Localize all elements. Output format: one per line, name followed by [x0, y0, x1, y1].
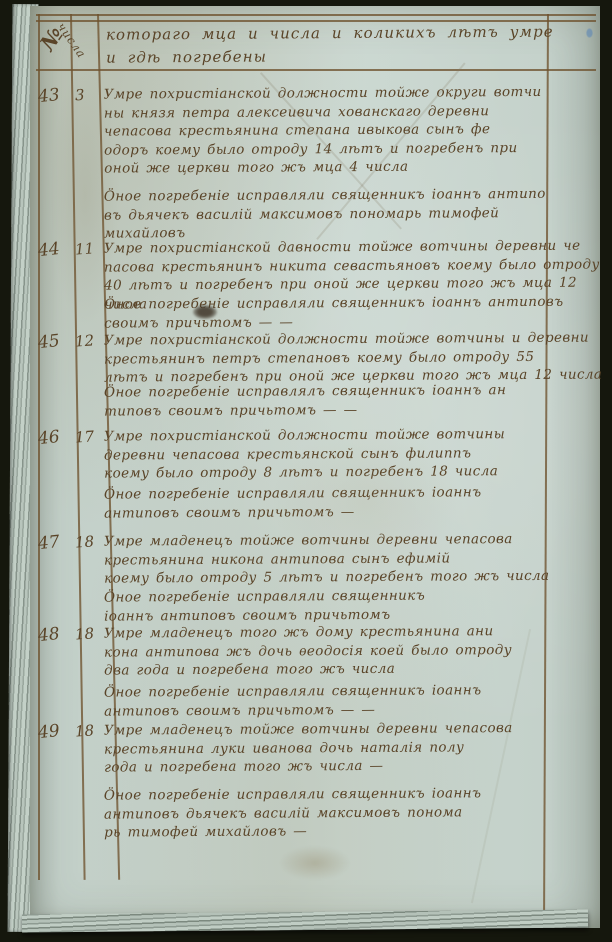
- book-page-edges-bottom: [22, 910, 588, 933]
- rule-top-outer: [36, 14, 596, 16]
- entry-number: 48: [37, 624, 61, 646]
- entry-day-number: 11: [74, 239, 94, 258]
- entry-day-number: 12: [74, 331, 94, 350]
- entry-day-number: 18: [74, 721, 94, 740]
- manuscript-scan: № числа котораго мца и числа и коликихъ …: [0, 0, 612, 942]
- entry-day-number: 3: [74, 86, 85, 105]
- entry-number: 46: [37, 427, 61, 449]
- entry-record-text: Умре похристіанской должности тойже окру…: [104, 82, 612, 178]
- rule-vertical-col1: [70, 14, 85, 880]
- manuscript-page: № числа котораго мца и числа и коликихъ …: [30, 6, 600, 928]
- entry-number: 43: [37, 85, 61, 107]
- entry-number: 44: [37, 239, 61, 261]
- entry-record-text: Умре младенецъ того жъ дому крестьянина …: [104, 621, 612, 680]
- entry-day-number: 18: [74, 532, 94, 551]
- entry-burial-note: Ӧное погребеніе исправляли священникъ іо…: [104, 292, 612, 332]
- header-title: котораго мца и числа и коликихъ лѣтъ умр…: [106, 20, 576, 69]
- entry-burial-note: Ӧное погребеніе исправлялъ священникъ іо…: [104, 380, 612, 420]
- entry-burial-note: Ӧное погребеніе исправляли священникъ іо…: [104, 482, 612, 522]
- entry-number: 49: [37, 721, 61, 743]
- entry-record-text: Умре похристіанской должности тойже вотч…: [104, 424, 612, 483]
- blue-ink-mark: [586, 28, 593, 38]
- entry-record-text: Умре младенецъ тойже вотчины деревни чеп…: [104, 718, 612, 777]
- entry-day-number: 18: [74, 624, 94, 643]
- entry-number: 47: [37, 532, 61, 554]
- entry-burial-note: Ӧное погребеніе исправляли священникъ іо…: [104, 680, 612, 720]
- entry-record-text: Умре младенецъ тойже вотчины деревни чеп…: [104, 529, 612, 588]
- entry-burial-note: Ӧное погребеніе исправляли священникъ іо…: [104, 585, 612, 625]
- entry-burial-note: Ӧное погребеніе исправляли священникъ іо…: [104, 783, 612, 842]
- paper-stain: [280, 846, 350, 880]
- entry-record-text: Умре похристіанской должности тойже вотч…: [104, 328, 612, 387]
- entry-burial-note: Ӧное погребеніе исправляли священникъ іо…: [104, 184, 612, 243]
- entry-number: 45: [37, 331, 61, 353]
- entry-day-number: 17: [74, 427, 94, 446]
